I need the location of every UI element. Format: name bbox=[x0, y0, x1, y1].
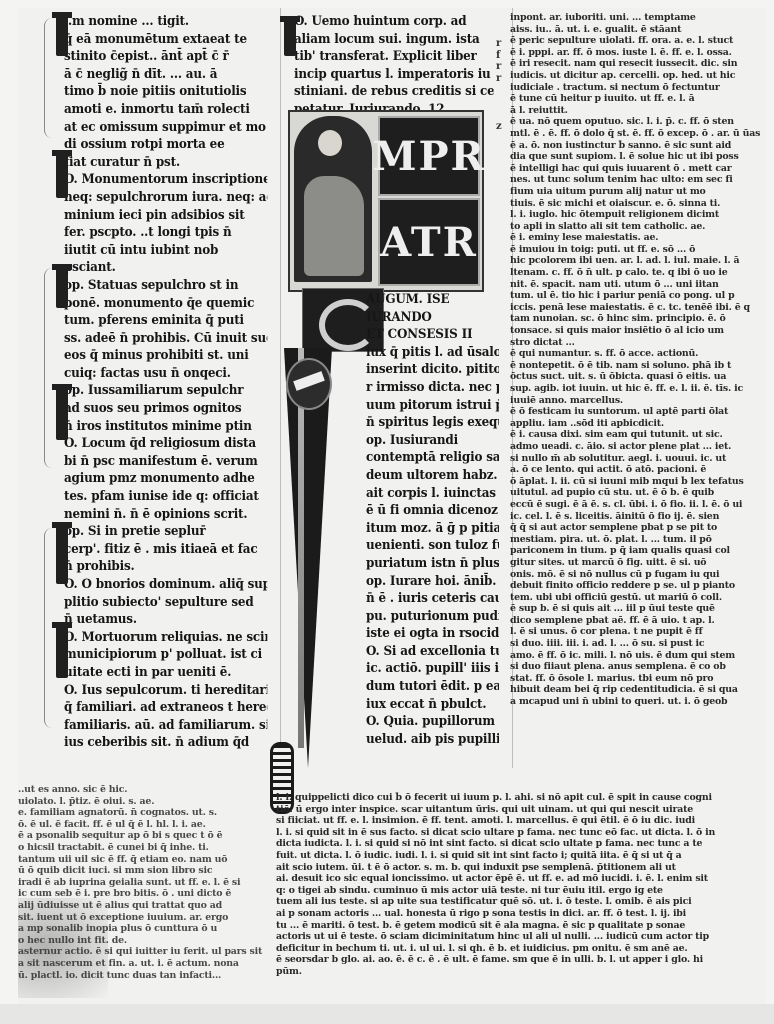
text-line: fuit. ut dicta. l. ō iudic. iudi. l. i. … bbox=[276, 850, 766, 862]
text-line: ē seorsdar b glo. ai. ao. ē. ē c. ē . ē … bbox=[276, 954, 766, 966]
text-line: pu. puturionum pudice in bbox=[366, 607, 499, 625]
figure-robe bbox=[304, 176, 364, 276]
text-line: itum moz. ā ḡ p pitiapt bbox=[366, 519, 499, 537]
pen-flourish bbox=[44, 18, 61, 138]
text-line: eccū ē sugi. ē ā ē. s. cl. ūbi. i. ō fio… bbox=[510, 499, 760, 511]
text-line: to apli in slatto ali sit tem catholic. … bbox=[510, 221, 760, 233]
text-line: contemptā religio satis bbox=[366, 448, 499, 466]
text-line: ..m nomine ... tigit. bbox=[64, 12, 267, 30]
text-line: ē ū fi omnia dicenoz pi bbox=[366, 501, 499, 519]
initial-shaft bbox=[284, 348, 332, 768]
bottom-right-gloss: l. i. quippelicti dico cui b̄ ō fecerit … bbox=[276, 792, 766, 978]
text-line: familiaris. aū. ad familiarum. sin ut bbox=[64, 716, 267, 734]
text-line: sup. agib. iot iuuin. ut hic ē. ff. e. l… bbox=[510, 383, 760, 395]
text-line: inserint dicito. pitito bbox=[366, 360, 499, 378]
text-line: aliam locum sui. ingum. ista bbox=[294, 30, 494, 48]
text-line: ē ō festicam iu suntorum. ul aptē parti … bbox=[510, 406, 760, 418]
text-line: cerp'. fitiz ē . mis itiaeā et fac bbox=[64, 540, 267, 558]
text-line: eos q̄ minus prohibiti st. uni bbox=[64, 346, 267, 364]
text-line: municipiorum p' polluat. ist ci bbox=[64, 645, 267, 663]
pen-flourish bbox=[44, 268, 61, 468]
text-line: ōctus suct. uit. s. ū ōbicta. quasi ō ei… bbox=[510, 371, 760, 383]
text-line: ē peric sepulture uiolati. ff. ora. a. e… bbox=[510, 35, 760, 47]
text-line: iccis. penā lese maiestatis. ē c. tc. te… bbox=[510, 302, 760, 314]
text-line: deficitur in bechum ti. ut. i. ul ui. l.… bbox=[276, 943, 766, 955]
text-line: O. Monumentorum inscriptiones bbox=[64, 170, 267, 188]
text-line: actoris ut ui ē teste. ō sciam diciminit… bbox=[276, 931, 766, 943]
text-line: aiss. iu.. ā. ut. i. e. gualit. ē stāant bbox=[510, 24, 760, 36]
text-line: stat. ff. ō ōsole l. marius. tbi eum nō … bbox=[510, 673, 760, 685]
scan-border bbox=[0, 1004, 774, 1024]
text-line: tuem ali ius teste. si ap uite sua testi… bbox=[276, 896, 766, 908]
text-line: op. Si in pretie seplur̄ bbox=[64, 522, 267, 540]
right-gloss-column: inpont. ar. iuboriti. uni. ... temptamea… bbox=[510, 12, 760, 708]
text-line: op. Iusiurandi bbox=[366, 431, 499, 449]
initial-i-flourish bbox=[284, 16, 296, 56]
text-line: dia que sunt supiom. l. ē solue hic ut i… bbox=[510, 151, 760, 163]
text-line: at ec omissum suppimur et mo bbox=[64, 118, 267, 136]
text-line: q: o tigei ab sindu. cuminuo ū mis actor… bbox=[276, 885, 766, 897]
display-letters-row1: MPR bbox=[378, 116, 480, 196]
text-line: op. Iussamiliarum sepulchr bbox=[64, 381, 267, 399]
text-line: iux q̄ pitis l. ad ūsalo bbox=[366, 343, 499, 361]
text-line: l. i. quippelicti dico cui b̄ ō fecerit … bbox=[276, 792, 766, 804]
gloss-side-markers: rfrrz bbox=[496, 38, 508, 169]
text-line: psciant. bbox=[64, 258, 267, 276]
text-line: ō āplat. l. ii. cū si iuuni mib mqui b̄ … bbox=[510, 476, 760, 488]
text-line: debuit finito officio reddere p se. ul p… bbox=[510, 580, 760, 592]
text-line: ē nontepetit. ō ē tib. nam si soluno. ph… bbox=[510, 360, 760, 372]
text-line: dicta iudicta. l. i. si quid si nō int s… bbox=[276, 838, 766, 850]
text-line: minium ieci pin adsibios sit bbox=[64, 206, 267, 224]
text-line: ait corpis l. iuinctas bbox=[366, 484, 499, 502]
text-line: si fiiciat. ut ff. e. l. insimion. ē ff.… bbox=[276, 815, 766, 827]
gloss-marker: z bbox=[496, 121, 508, 169]
text-line: tiuis. ē sic michi et oiaiscur. e. ō. si… bbox=[510, 198, 760, 210]
photo-shadow bbox=[18, 898, 108, 998]
text-line: neq: sepulchrorum iura. neq: ao bbox=[64, 188, 267, 206]
text-line: n̄ prohibis. bbox=[64, 557, 267, 575]
text-line: ad suos seu primos ognitos bbox=[64, 399, 267, 417]
text-line: ait scio iutem. ūi. t ē ō actor. s. m. b… bbox=[276, 862, 766, 874]
text-line: ius ceberibis sit. n̄ adium q̄d bbox=[64, 733, 267, 751]
text-line: ..ut es anno. sic ē hic. bbox=[18, 784, 266, 796]
text-line: tem. ubi ubi officiū gestū. ut mariū ō c… bbox=[510, 592, 760, 604]
text-line: uelud. aib pis pupillis s... bbox=[366, 730, 499, 748]
text-line: bi n̄ psc manifestum ē. verum bbox=[64, 452, 267, 470]
text-line: IURANDO bbox=[366, 308, 499, 326]
text-line: q̄ q̄ si aut actor semplene pbat p se pi… bbox=[510, 522, 760, 534]
pen-flourish bbox=[44, 528, 61, 728]
text-line: incip quartus l. imperatoris iu bbox=[294, 65, 494, 83]
text-line: tantum uii uil sic ē ff. q̄ etiam eo. na… bbox=[18, 854, 266, 866]
text-line: ē i. causa dixi. sim eam qui tutunit. ut… bbox=[510, 429, 760, 441]
text-line: tiō. ū ergo inter inspice. scar uitantum… bbox=[276, 804, 766, 816]
text-line: ā l. reiuttit. bbox=[510, 105, 760, 117]
manuscript-page: ..m nomine ... tigit.q̄ eā monumētum ext… bbox=[18, 8, 766, 1006]
text-line: dico semplene pbat aē. ff. ē ā uio. t ap… bbox=[510, 615, 760, 627]
text-line: fiat curatur n̄ pst. bbox=[64, 153, 267, 171]
medallion-ornament bbox=[286, 358, 332, 410]
text-line: tes. pfam iunise ide q: officiat bbox=[64, 487, 267, 505]
text-line: r irmisso dicta. nec p bbox=[366, 378, 499, 396]
figure-head bbox=[318, 130, 342, 156]
text-line: q̄ eā monumētum extaeat te bbox=[64, 30, 267, 48]
text-line: O. Ius sepulcorum. ti hereditari. bbox=[64, 681, 267, 699]
text-line: e. familiam agnatorū. n̄ cognatos. ut. s… bbox=[18, 807, 266, 819]
text-line: ē a psonalib sequitur ap ō bi s quec t ō… bbox=[18, 830, 266, 842]
text-line: ai. desuit ico sic equal ioncissimo. ut … bbox=[276, 873, 766, 885]
text-line: ō. ē ul. ē facit. ff. ē ul q̄ ē l. hl. l… bbox=[18, 819, 266, 831]
text-line: ltenam. c. ff. ō n̄ ult. p calo. te. q i… bbox=[510, 267, 760, 279]
text-line: ē sup b. ē si quis ait ... iil p ūui tes… bbox=[510, 603, 760, 615]
text-line: nit. ē. spacit. nam uti. utum ō ... uni … bbox=[510, 279, 760, 291]
text-line: mtl. ē . ē. ff. ō dolo q̄ st. ē. ff. ō e… bbox=[510, 128, 760, 140]
text-line: stro dictat ... bbox=[510, 337, 760, 349]
text-line: uitate ecti in par ueniti ē. bbox=[64, 663, 267, 681]
text-line: n̄ iros institutos minime ptin bbox=[64, 417, 267, 435]
center-body-text: AUGUM. ISEIURANDOET CONSESIS IIiux q̄ pi… bbox=[366, 290, 506, 747]
heading-miniature-panel: MPR ATR bbox=[288, 110, 484, 292]
text-line: ic. cel. l. ē s. liceitis. āinitū ō fio … bbox=[510, 511, 760, 523]
text-line: nemini n̄. n̄ ē opinions scrit. bbox=[64, 505, 267, 523]
text-line: dum tutori ēdit. p eacidez bbox=[366, 677, 499, 695]
text-line: stiniani. de rebus creditis si certum bbox=[294, 82, 494, 100]
text-line: o hicsil tractabit. ē cunei bi q̄ inhe. … bbox=[18, 842, 266, 854]
text-line: ai p sonam actoris ... ual. honesta ū ri… bbox=[276, 908, 766, 920]
initial-i-flourish bbox=[56, 150, 68, 198]
seated-jurist-figure bbox=[294, 116, 372, 282]
text-line: fer. pscpto. ..t longi tpis n̄ bbox=[64, 223, 267, 241]
text-line: tu ... ē mariti. ō test. b. ē getem modi… bbox=[276, 920, 766, 932]
text-line: O. Quia. pupillorum tutorib: bbox=[366, 712, 499, 730]
text-line: iux eccat n̄ pbulct. bbox=[366, 695, 499, 713]
text-line: tum. ul ē. tio hic i pariur peniā co pon… bbox=[510, 290, 760, 302]
text-line: ē qui numantur. s. ff. ō acce. actionū. bbox=[510, 348, 760, 360]
text-line: nes. ut tunc solum tenim hac ulto: em se… bbox=[510, 174, 760, 186]
gloss-marker: f bbox=[496, 50, 508, 62]
text-line: AUGUM. ISE bbox=[366, 290, 499, 308]
text-line: timo b̄ noie pitiis onitutiolis bbox=[64, 82, 267, 100]
gloss-marker: r bbox=[496, 61, 508, 73]
text-line: amoti e. inmortu tam̄ rolecti bbox=[64, 100, 267, 118]
text-line: tum. pferens eminita q̄ puti bbox=[64, 311, 267, 329]
text-line: uiolato. l. p̄tiz. ē oiui. s. ae. bbox=[18, 796, 266, 808]
text-line: op. Iurare hoi. ānib̄. n̄ bbox=[366, 572, 499, 590]
text-line: ē imuiou in toig: puti. ut ff. e. sō ...… bbox=[510, 244, 760, 256]
text-line: iradi ē ab iuprina geialia sunt. ut ff. … bbox=[18, 877, 266, 889]
text-line: si duo fiiaut plena. anus semplena. ē co… bbox=[510, 661, 760, 673]
text-line: agium pmz monumento adhe bbox=[64, 469, 267, 487]
left-text-column: ..m nomine ... tigit.q̄ eā monumētum ext… bbox=[64, 12, 278, 751]
text-line: iste ei ogta in rsocidi opōr. bbox=[366, 624, 499, 642]
text-line: uenienti. son tuloz fuit bbox=[366, 536, 499, 554]
text-line: iuuiē anno. marcellus. bbox=[510, 395, 760, 407]
text-line: pūm. bbox=[276, 966, 766, 978]
text-line: tonsace. si quis maior insiētio ō al ici… bbox=[510, 325, 760, 337]
text-line: a mcapud uni n̄ ubini to queri. ut. i. ō… bbox=[510, 696, 760, 708]
text-line: n̄ ē . iuris ceteris causis. io bbox=[366, 589, 499, 607]
text-line: iiutit cū intu iubint nob bbox=[64, 241, 267, 259]
text-line: hic pcolorem ibi uen. ar. l. ad. l. iul.… bbox=[510, 255, 760, 267]
text-line: O. Si ad excellonia tuite bbox=[366, 642, 499, 660]
text-line: O. Mortuorum reliquias. ne scin bbox=[64, 628, 267, 646]
gloss-marker: r bbox=[496, 38, 508, 50]
text-line: mestiam. pira. ut. ō. plat. l. ... tum. … bbox=[510, 534, 760, 546]
text-line: O. Uemo huintum corp. ad bbox=[294, 12, 494, 30]
text-line: ū ō quib dicit iuci. si mm sion libro si… bbox=[18, 865, 266, 877]
text-line: ē tune cū heitur p iuuito. ut ff. e. l. … bbox=[510, 93, 760, 105]
text-line: iudicis. ut dicitur ap. cercelli. op. he… bbox=[510, 70, 760, 82]
ruling-line bbox=[280, 8, 281, 768]
text-line: O. Locum q̄d religiosum dista bbox=[64, 434, 267, 452]
text-line: ē intelligi hac qui quis iuuarent ō . me… bbox=[510, 163, 760, 175]
text-line: l. i. iuglo. hic ōtempuit religionem dic… bbox=[510, 209, 760, 221]
text-line: hibuit deam bei q̄ rip cedentitudicia. ē… bbox=[510, 684, 760, 696]
text-line: stinito c̄epist.. ānt̄ apt̄ c̄ r̄ bbox=[64, 47, 267, 65]
display-letters-row2: ATR bbox=[378, 198, 480, 286]
text-line: ē iri resecit. nam qui resecit iussecit.… bbox=[510, 58, 760, 70]
text-line: ē ua. nō quem oputuo. sic. l. i. p̄. c. … bbox=[510, 116, 760, 128]
text-line: l. i. si quid sit in ē sus facto. si dic… bbox=[276, 827, 766, 839]
text-line: l. ē si unus. ō cor plena. t ne pupit ē … bbox=[510, 626, 760, 638]
text-line: si duo. iiii. iii. i. ad. l. ... ō su. s… bbox=[510, 638, 760, 650]
text-line: n̄ spiritus legis exequit. bbox=[366, 413, 499, 431]
text-line: ic. actiō. pupill' iiis iura bbox=[366, 659, 499, 677]
text-line: si nullo m̄ ab solutitur. aegl. i. uouui… bbox=[510, 453, 760, 465]
text-line: uum pitorum istrui p̄. bbox=[366, 396, 499, 414]
text-line: n̄ uetamus. bbox=[64, 610, 267, 628]
text-line: iudiciale . tractum. si nectum ō fectunt… bbox=[510, 82, 760, 94]
text-line: ET CONSESIS II bbox=[366, 325, 499, 343]
text-line: pariconem in tium. p q̄ iam qualis quasi… bbox=[510, 545, 760, 557]
text-line: a. ō ce lento. qui actit. ō atō. pacioni… bbox=[510, 464, 760, 476]
text-line: ē a. ō. non iustinctur b̄ sanno. ē sic s… bbox=[510, 140, 760, 152]
text-line: gitur sites. ut marcū ō fig. uitt. ē si.… bbox=[510, 557, 760, 569]
text-line: tam nunoian. sc. ō hinc sim. principio. … bbox=[510, 313, 760, 325]
gloss-marker: r bbox=[496, 73, 508, 121]
text-line: puriatum istn n̄ plus. bbox=[366, 554, 499, 572]
text-line: onis. mō. ē si nō nullus cū p fugam iu q… bbox=[510, 569, 760, 581]
text-line: ē i. eminy lese maiestatis. ae. bbox=[510, 232, 760, 244]
text-line: fium uia uitum purum alij natur ut mo bbox=[510, 186, 760, 198]
text-line: ē i. pppi. ar. ff. ō mos. iuste l. ē. ff… bbox=[510, 47, 760, 59]
text-line: ss. adeē n̄ prohibis. Cū inuit suo bbox=[64, 329, 267, 347]
text-line: q̄ familiari. ad extraneos t hereds. bbox=[64, 698, 267, 716]
text-line: O. O bnorios dominum. aliq̄ sup bbox=[64, 575, 267, 593]
text-line: di ossium rotpi morta ee bbox=[64, 135, 267, 153]
text-line: deum ultorem habz. Pictz bbox=[366, 466, 499, 484]
text-line: ā c̄ neglig̃ n̄ dīt. ... au. ā bbox=[64, 65, 267, 83]
center-top-text: O. Uemo huintum corp. adaliam locum sui.… bbox=[294, 12, 504, 118]
text-line: admo ueadi. c. āio. si actor plene plat … bbox=[510, 441, 760, 453]
text-line: cuiq: factas usu n̄ onqeci. bbox=[64, 364, 267, 382]
text-line: plitio subiecto' sepulture sed bbox=[64, 593, 267, 611]
text-line: inpont. ar. iuboriti. uni. ... temptame bbox=[510, 12, 760, 24]
text-line: uitutul. ad pupio cū stu. ut. ē ō b. ē q… bbox=[510, 487, 760, 499]
text-line: amo. ē ff. ō ic. mili. l. nō uis. ē dum … bbox=[510, 650, 760, 662]
text-line: appliu. iam ..sōd iti apbicdicit. bbox=[510, 418, 760, 430]
text-line: op. Statuas sepulchro st in bbox=[64, 276, 267, 294]
text-line: tib' transferat. Explicit liber bbox=[294, 47, 494, 65]
text-line: ponē. monumento q̄e quemic bbox=[64, 294, 267, 312]
